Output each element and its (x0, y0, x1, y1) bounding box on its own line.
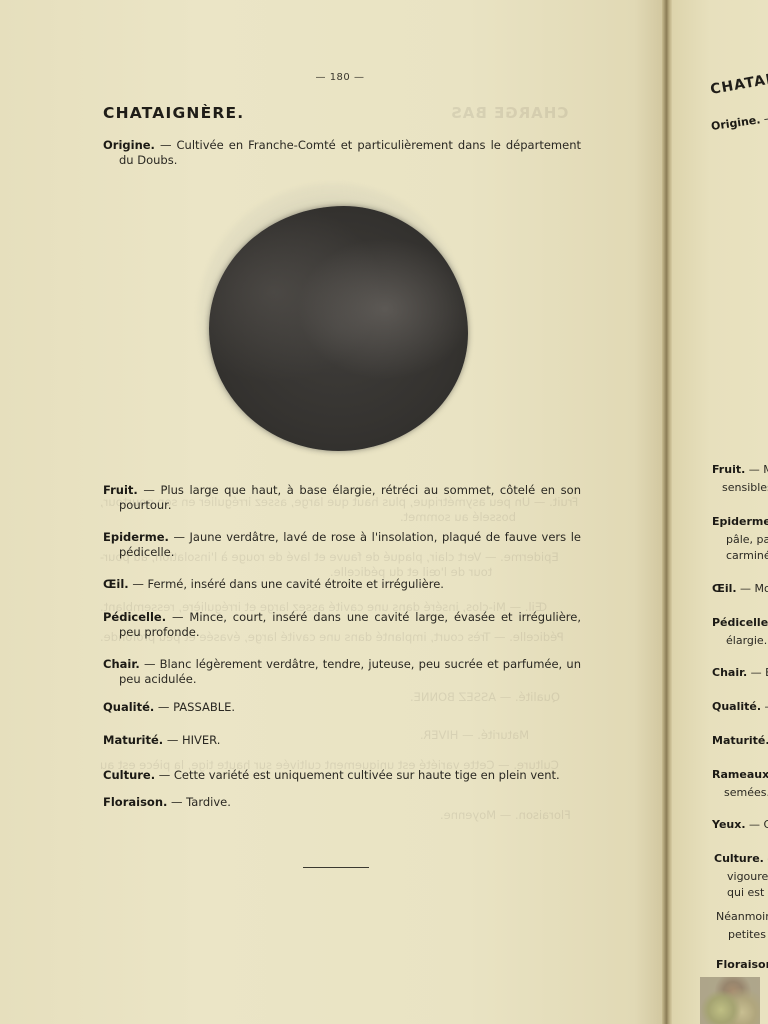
entry-label: Culture. (714, 852, 764, 865)
right-entry-origine: Origine. — / (710, 110, 768, 133)
right-entry-maturite: Maturité. — (712, 734, 768, 747)
right-entry-culture-cont: vigoureu (727, 870, 768, 883)
right-entry-fruit: Fruit. — Mo (712, 463, 768, 476)
right-entry-pedicelle-cont: élargie. (726, 634, 767, 647)
right-entry-epiderme: Epiderme. — (712, 515, 768, 528)
right-entry-yeux: Yeux. — G (712, 818, 768, 831)
entry-text: — Blanc légèrement verdâtre, tendre, jut… (119, 657, 581, 686)
right-entry-rameaux: Rameaux. — (712, 768, 768, 781)
entry-label: Qualité. (103, 700, 154, 714)
entry-label: Rameaux. (712, 768, 768, 781)
right-entry-culture: Culture. — (714, 852, 768, 865)
entry-label: Origine. (103, 138, 155, 152)
apple-thumbnail-image (700, 977, 760, 1024)
entry-maturite: Maturité. — HIVER. (103, 733, 581, 748)
entry-epiderme: Epiderme. — Jaune verdâtre, lavé de rose… (103, 530, 581, 560)
entry-text: — B (747, 666, 768, 679)
variety-title: CHATAIGNÈRE. (103, 104, 244, 122)
entry-text: — PASSABLE. (154, 700, 235, 714)
right-entry-epiderme-cont2: carminées (726, 549, 768, 562)
entry-label: Epiderme. (712, 515, 768, 528)
right-entry-qualite: Qualité. — (712, 700, 768, 713)
right-entry-floraison: Floraison. (716, 958, 768, 971)
entry-label: Culture. (103, 768, 155, 782)
right-entry-epiderme-cont: pâle, pas (726, 533, 768, 546)
entry-label: Œil. (712, 582, 737, 595)
entry-text: — Jaune verdâtre, lavé de rose à l'insol… (119, 530, 581, 559)
entry-text: — Cette variété est uniquement cultivée … (155, 768, 560, 782)
right-entry-chair: Chair. — B (712, 666, 768, 679)
right-page: CHATAI Origine. — / Fruit. — Mo sensible… (672, 0, 768, 1024)
entry-fruit: Fruit. — Plus large que haut, à base éla… (103, 483, 581, 513)
entry-oeil: Œil. — Fermé, inséré dans une cavité étr… (103, 577, 581, 592)
show-through-line: Floraison. — Moyenne. (440, 808, 571, 822)
entry-text: — Plus large que haut, à base élargie, r… (119, 483, 581, 512)
entry-label: Maturité. (103, 733, 163, 747)
entry-text: — Mo (745, 463, 768, 476)
apple-illustration (209, 206, 468, 451)
entry-text: — Mo (737, 582, 768, 595)
entry-label: Epiderme. (103, 530, 169, 544)
entry-label: Floraison. (103, 795, 167, 809)
entry-text: — (761, 700, 768, 713)
entry-label: Yeux. (712, 818, 746, 831)
right-entry-pedicelle: Pédicelle. — (712, 616, 768, 629)
entry-label: Maturité. (712, 734, 768, 747)
entry-label: Pédicelle. (103, 610, 166, 624)
entry-culture: Culture. — Cette variété est uniquement … (103, 768, 581, 783)
entry-text: — / (759, 110, 768, 126)
right-entry-neanmoins-cont: petites (728, 928, 766, 941)
entry-label: Fruit. (103, 483, 138, 497)
entry-qualite: Qualité. — PASSABLE. (103, 700, 581, 715)
right-entry-culture-cont2: qui est (727, 886, 764, 899)
right-entry-neanmoins: Néanmoin (716, 910, 768, 923)
entry-label: Œil. (103, 577, 129, 591)
book-gutter (662, 0, 672, 1024)
left-page: CHARGE BAS Fruit. — Un peu asymétrique, … (0, 0, 668, 1024)
entry-text: — Cultivée en Franche-Comté et particuli… (119, 138, 581, 167)
entry-floraison: Floraison. — Tardive. (103, 795, 581, 810)
entry-label: Qualité. (712, 700, 761, 713)
right-entry-oeil: Œil. — Mo (712, 582, 768, 595)
entry-chair: Chair. — Blanc légèrement verdâtre, tend… (103, 657, 581, 687)
entry-origine: Origine. — Cultivée en Franche-Comté et … (103, 138, 581, 168)
entry-label: Pédicelle. (712, 616, 768, 629)
entry-text: — Tardive. (167, 795, 231, 809)
entry-text: — G (746, 818, 768, 831)
section-divider (303, 867, 369, 868)
entry-pedicelle: Pédicelle. — Mince, court, inséré dans u… (103, 610, 581, 640)
entry-label: Origine. (710, 113, 761, 133)
entry-label: Fruit. (712, 463, 745, 476)
entry-label: Floraison. (716, 958, 768, 971)
right-entry-rameaux-cont: semées. (724, 786, 768, 799)
entry-text: — Fermé, inséré dans une cavité étroite … (129, 577, 444, 591)
right-entry-fruit-cont: sensibles. (722, 481, 768, 494)
page-number: — 180 — (300, 72, 380, 83)
entry-label: Chair. (712, 666, 747, 679)
entry-text: — HIVER. (163, 733, 220, 747)
entry-label: Chair. (103, 657, 140, 671)
right-page-title: CHATAI (709, 71, 768, 98)
show-through-title: CHARGE BAS (450, 104, 568, 122)
entry-text: — (764, 852, 768, 865)
entry-text: — Mince, court, inséré dans une cavité l… (119, 610, 581, 639)
